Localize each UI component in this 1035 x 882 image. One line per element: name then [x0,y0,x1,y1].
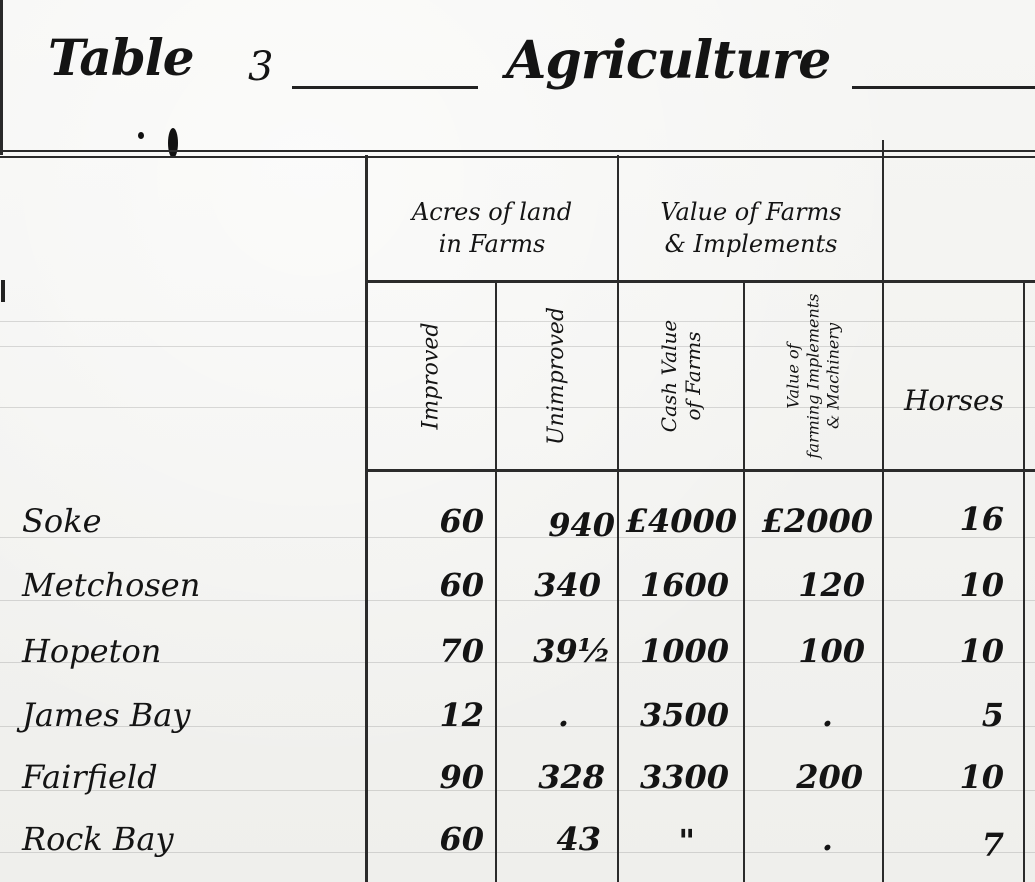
cell-unimproved: 328 [497,758,605,796]
cell-implements: 120 [745,566,865,604]
cell-implements: . [745,696,833,734]
cell-cash-value: 3300 [619,758,729,796]
column-header-unimproved-label: Unimproved [545,307,569,445]
column-header-implements-line2: farming Implements [804,294,824,459]
column-header-cash-value-line2: of Farms [681,314,705,438]
column-header-implements: Value of farming Implements & Machinery [745,284,882,468]
title-prefix: Table [48,28,194,87]
group-header-rule [366,280,1035,283]
group-header-acres: Acres of land in Farms [372,196,612,260]
census-ledger-page: Table 3 Agriculture Acres of land in Far… [0,0,1035,882]
row-district-hopeton: Hopeton [22,632,161,670]
row-district-metchosen: Metchosen [22,566,200,604]
cell-implements: 200 [745,758,863,796]
page-title: Agriculture [506,30,830,91]
top-double-rule-b [0,156,1035,158]
group-header-value-line1: Value of Farms [622,196,880,228]
cell-improved: 90 [368,758,484,796]
cell-horses: 16 [884,500,1004,538]
cell-horses: 5 [884,696,1004,734]
col-border-horses [1023,282,1025,882]
table-number: 3 [248,44,273,90]
row-district-fairfield: Fairfield [22,758,158,796]
ink-blot [168,128,178,158]
ink-spot [138,132,144,139]
group-header-acres-line2: in Farms [372,228,612,260]
cell-implements: £2000 [745,502,873,540]
row-district-james-bay: James Bay [22,696,190,734]
cell-improved: 60 [368,502,484,540]
group-header-acres-line1: Acres of land [372,196,612,228]
column-header-improved: Improved [368,284,495,468]
title-underline-right [852,86,1035,89]
cell-cash-value: 1000 [619,632,729,670]
group-header-value: Value of Farms & Implements [622,196,880,260]
cell-cash-value: 1600 [619,566,729,604]
row-district-rock-bay: Rock Bay [22,820,174,858]
column-header-cash-value-line1: Cash Value [657,314,681,438]
cell-horses: 10 [884,632,1004,670]
top-double-rule-a [0,150,1035,152]
cell-cash-value: 3500 [619,696,729,734]
title-underline-left [292,86,478,89]
margin-mark [1,280,5,302]
cell-implements: 100 [745,632,865,670]
cell-horses: 10 [884,758,1004,796]
cell-cash-value: " [619,822,695,860]
cell-improved: 12 [368,696,484,734]
page-edge [0,0,3,155]
cell-improved: 60 [368,566,484,604]
column-header-cash-value: Cash Value of Farms [619,284,743,468]
cell-implements: . [745,820,833,858]
column-header-unimproved: Unimproved [497,284,617,468]
cell-improved: 70 [368,632,484,670]
column-header-implements-line1: Value of [784,294,804,459]
cell-horses: 7 [884,826,1004,864]
cell-cash-value: £4000 [619,502,737,540]
cell-horses: 10 [884,566,1004,604]
column-header-rule [366,469,1035,472]
cell-unimproved: 43 [497,820,601,858]
cell-unimproved: . [497,696,569,734]
cell-improved: 60 [368,820,484,858]
column-header-implements-line3: & Machinery [824,294,844,459]
row-district-soke: Soke [22,502,102,540]
column-header-improved-label: Improved [420,313,444,440]
group-header-value-line2: & Implements [622,228,880,260]
cell-unimproved: 340 [497,566,601,604]
column-header-horses: Horses [884,384,1024,417]
cell-unimproved: 39½ [497,632,611,670]
cell-unimproved: 940 [497,506,615,544]
